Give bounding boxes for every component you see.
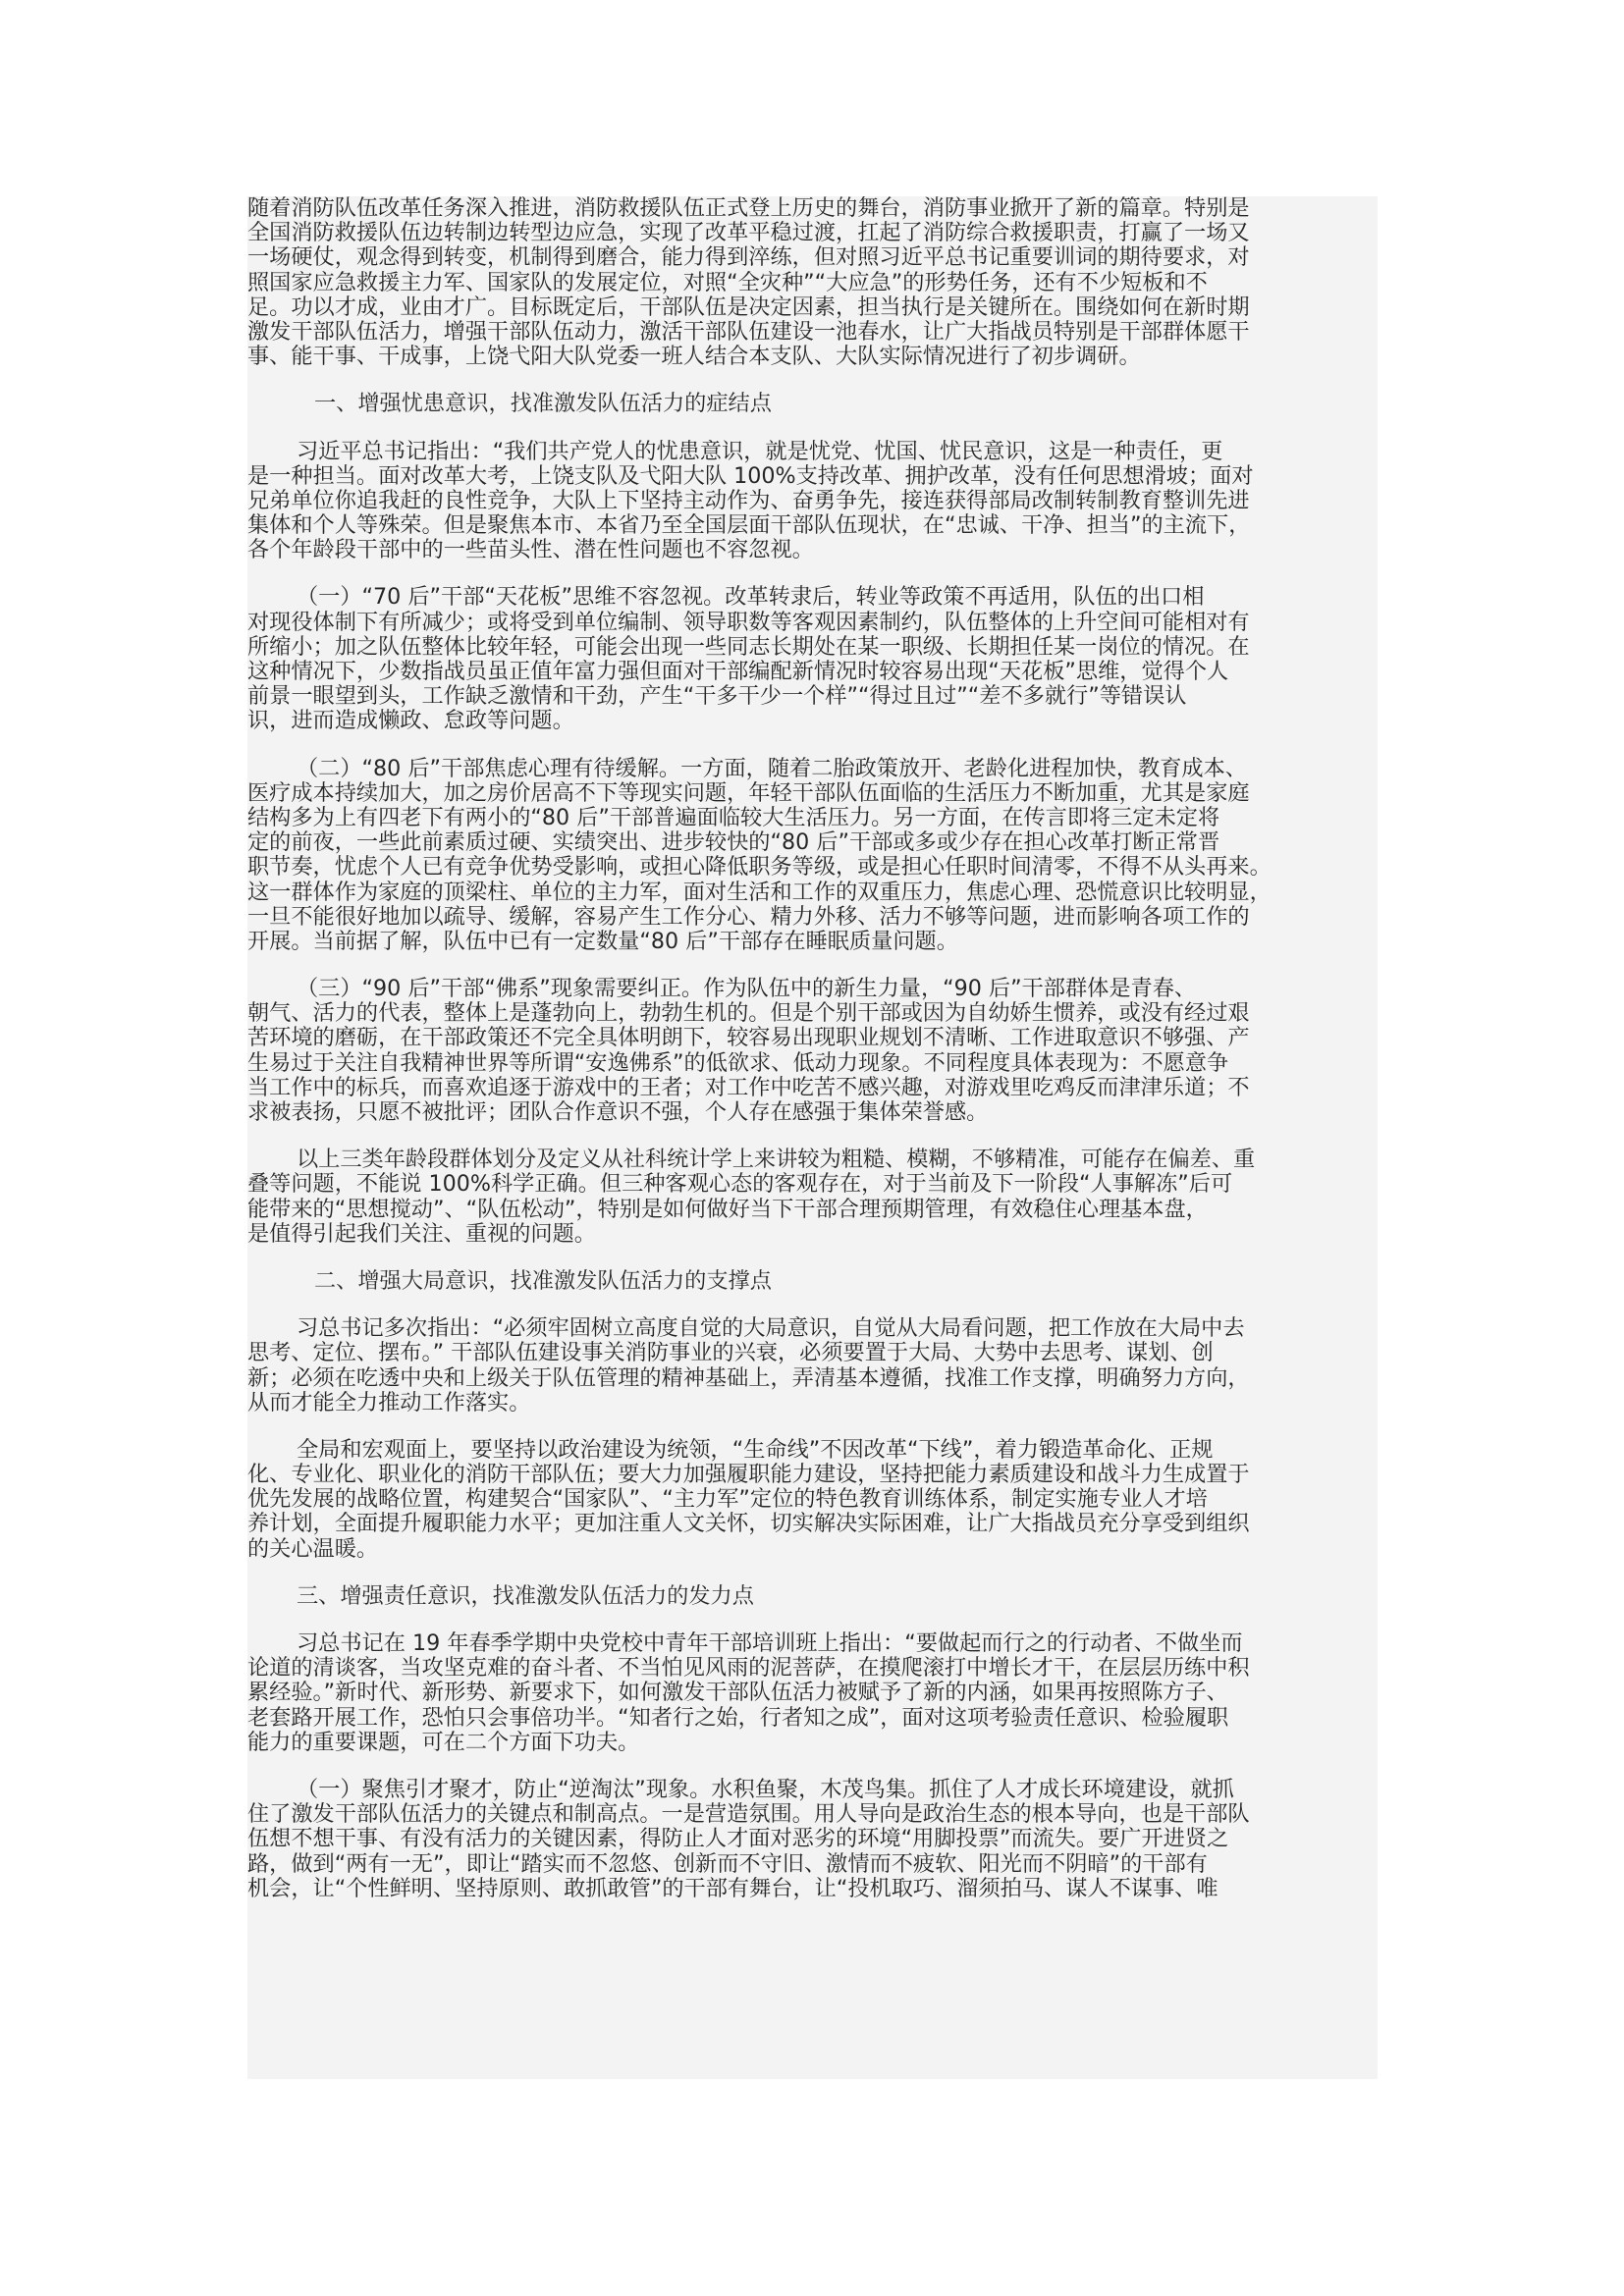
body-paragraph-70s: （一）“70 后”干部“天花板”思维不容忽视。改革转隶后，转业等政策不再适用，队… — [247, 585, 1378, 733]
text-line: 职节奏，忧虑个人已有竞争优势受影响，或担心降低职务等级，或是担心任职时间清零，不… — [247, 855, 1378, 880]
body-paragraph-80s: （二）“80 后”干部焦虑心理有待缓解。一方面，随着二胎政策放开、老龄化进程加快… — [247, 757, 1378, 955]
text-line: 激发干部队伍活力，增强干部队伍动力，激活干部队伍建设一池春水，让广大指战员特别是… — [247, 320, 1378, 345]
text-line: 是一种担当。面对改革大考，上饶支队及弋阳大队 100%支持改革、拥护改革，没有任… — [247, 464, 1378, 489]
text-line: 生易过于关注自我精神世界等所谓“安逸佛系”的低欲求、低动力现象。不同程度具体表现… — [247, 1051, 1378, 1076]
body-paragraph: 以上三类年龄段群体划分及定义从社科统计学上来讲较为粗糙、模糊，不够精准，可能存在… — [247, 1148, 1378, 1247]
text-line: 这种情况下，少数指战员虽正值年富力强但面对干部编配新情况时较容易出现“天花板”思… — [247, 660, 1378, 684]
paragraph-gap — [247, 1609, 1378, 1631]
text-line: 照国家应急救援主力军、国家队的发展定位，对照“全灾种”“大应急”的形势任务，还有… — [247, 271, 1378, 295]
text-line: 习总书记多次指出：“必须牢固树立高度自觉的大局意识，自觉从大局看问题，把工作放在… — [247, 1316, 1378, 1341]
text-line: 朝气、活力的代表，整体上是蓬勃向上，勃勃生机的。但是个别干部或因为自幼娇生惯养，… — [247, 1001, 1378, 1026]
heading-text: 一、增强忧患意识，找准激发队伍活力的症结点 — [247, 392, 1378, 416]
paragraph-gap — [247, 1755, 1378, 1778]
text-line: 一场硬仗，观念得到转变，机制得到磨合，能力得到淬练，但对照习近平总书记重要训词的… — [247, 245, 1378, 270]
text-line: 叠等问题，不能说 100%科学正确。但三种客观心态的客观存在，对于当前及下一阶段… — [247, 1172, 1378, 1197]
text-line: 足。功以才成，业由才广。目标既定后，干部队伍是决定因素，担当执行是关键所在。围绕… — [247, 295, 1378, 320]
text-line: 老套路开展工作，恐怕只会事倍功半。“知者行之始，行者知之成”，面对这项考验责任意… — [247, 1706, 1378, 1731]
text-line: 能力的重要课题，可在二个方面下功夫。 — [247, 1731, 1378, 1755]
text-line: 是值得引起我们关注、重视的问题。 — [247, 1222, 1378, 1247]
text-line: 养计划，全面提升履职能力水平；更加注重人文关怀，切实解决实际困难，让广大指战员充… — [247, 1512, 1378, 1536]
text-line: （一）聚焦引才聚才，防止“逆淘汰”现象。水积鱼聚，木茂鸟集。抓住了人才成长环境建… — [247, 1778, 1378, 1802]
text-line: 所缩小；加之队伍整体比较年轻，可能会出现一些同志长期处在某一职级、长期担任某一岗… — [247, 635, 1378, 660]
text-line: 能带来的“思想搅动”、“队伍松动”，特别是如何做好当下干部合理预期管理，有效稳住… — [247, 1198, 1378, 1222]
text-line: 定的前夜，一些此前素质过硬、实绩突出、进步较快的“80 后”干部或多或少存在担心… — [247, 830, 1378, 855]
text-line: 识，进而造成懒政、怠政等问题。 — [247, 709, 1378, 733]
text-line: 从而才能全力推动工作落实。 — [247, 1391, 1378, 1415]
paragraph-gap — [247, 1294, 1378, 1316]
text-line: 的关心温暖。 — [247, 1537, 1378, 1562]
paragraph-gap — [247, 562, 1378, 585]
section-heading-2: 二、增强大局意识，找准激发队伍活力的支撑点 — [247, 1269, 1378, 1294]
paragraph-gap — [247, 1125, 1378, 1148]
text-line: （一）“70 后”干部“天花板”思维不容忽视。改革转隶后，转业等政策不再适用，队… — [247, 585, 1378, 610]
text-line: 事、能干事、干成事，上饶弋阳大队党委一班人结合本支队、大队实际情况进行了初步调研… — [247, 345, 1378, 369]
text-line: 机会，让“个性鲜明、坚持原则、敢抓敢管”的干部有舞台，让“投机取巧、溜须拍马、谋… — [247, 1877, 1378, 1901]
text-line: 化、专业化、职业化的消防干部队伍；要大力加强履职能力建设，坚持把能力素质建设和战… — [247, 1463, 1378, 1487]
intro-paragraph: 随着消防队伍改革任务深入推进，消防救援队伍正式登上历史的舞台，消防事业掀开了新的… — [247, 196, 1378, 369]
text-line: 思考、定位、摆布。” 干部队伍建设事关消防事业的兴衰，必须要置于大局、大势中去思… — [247, 1341, 1378, 1365]
text-line: 苦环境的磨砺，在干部政策还不完全具体明朗下，较容易出现职业规划不清晰、工作进取意… — [247, 1026, 1378, 1050]
text-line: （三）“90 后”干部“佛系”现象需要纠正。作为队伍中的新生力量，“90 后”干… — [247, 977, 1378, 1001]
text-line: 对现役体制下有所减少；或将受到单位编制、领导职数等客观因素制约，队伍整体的上升空… — [247, 611, 1378, 635]
text-line: 新；必须在吃透中央和上级关于队伍管理的精神基础上，弄清基本遵循，找准工作支撑，明… — [247, 1366, 1378, 1391]
text-line: 伍想不想干事、有没有活力的关键因素，得防止人才面对恶劣的环境“用脚投票”而流失。… — [247, 1827, 1378, 1851]
text-line: 住了激发干部队伍活力的关键点和制高点。一是营造氛围。用人导向是政治生态的根本导向… — [247, 1802, 1378, 1827]
text-line: 优先发展的战略位置，构建契合“国家队”、“主力军”定位的特色教育训练体系，制定实… — [247, 1487, 1378, 1512]
body-paragraph-90s: （三）“90 后”干部“佛系”现象需要纠正。作为队伍中的新生力量，“90 后”干… — [247, 977, 1378, 1125]
text-line: 随着消防队伍改革任务深入推进，消防救援队伍正式登上历史的舞台，消防事业掀开了新的… — [247, 196, 1378, 221]
document-page: 随着消防队伍改革任务深入推进，消防救援队伍正式登上历史的舞台，消防事业掀开了新的… — [247, 196, 1378, 2079]
heading-text: 二、增强大局意识，找准激发队伍活力的支撑点 — [247, 1269, 1378, 1294]
text-line: 求被表扬，只愿不被批评；团队合作意识不强，个人存在感强于集体荣誉感。 — [247, 1100, 1378, 1125]
text-line: 全局和宏观面上，要坚持以政治建设为统领，“生命线”不因改革“下线”，着力锻造革命… — [247, 1438, 1378, 1463]
heading-text: 三、增强责任意识，找准激发队伍活力的发力点 — [247, 1584, 1378, 1609]
text-line: 论道的清谈客，当攻坚克难的奋斗者、不当怕见风雨的泥菩萨，在摸爬滚打中增长才干，在… — [247, 1656, 1378, 1681]
text-line: 开展。当前据了解，队伍中已有一定数量“80 后”干部存在睡眠质量问题。 — [247, 930, 1378, 954]
body-paragraph: 习总书记多次指出：“必须牢固树立高度自觉的大局意识，自觉从大局看问题，把工作放在… — [247, 1316, 1378, 1415]
text-line: （二）“80 后”干部焦虑心理有待缓解。一方面，随着二胎政策放开、老龄化进程加快… — [247, 757, 1378, 781]
paragraph-gap — [247, 1562, 1378, 1584]
text-line: 路，做到“两有一无”，即让“踏实而不忽悠、创新而不守旧、激情而不疲软、阳光而不阴… — [247, 1852, 1378, 1877]
text-line: 习总书记在 19 年春季学期中央党校中青年干部培训班上指出：“要做起而行之的行动… — [247, 1631, 1378, 1656]
paragraph-gap — [247, 1415, 1378, 1438]
text-line: 这一群体作为家庭的顶梁柱、单位的主力军，面对生活和工作的双重压力，焦虑心理、恐慌… — [247, 881, 1378, 905]
paragraph-gap — [247, 734, 1378, 757]
body-paragraph: （一）聚焦引才聚才，防止“逆淘汰”现象。水积鱼聚，木茂鸟集。抓住了人才成长环境建… — [247, 1778, 1378, 1901]
text-line: 以上三类年龄段群体划分及定义从社科统计学上来讲较为粗糙、模糊，不够精准，可能存在… — [247, 1148, 1378, 1172]
paragraph-gap — [247, 1247, 1378, 1269]
text-line: 兄弟单位你追我赶的良性竞争，大队上下坚持主动作为、奋勇争先，接连获得部局改制转制… — [247, 489, 1378, 513]
text-line: 全国消防救援队伍边转制边转型边应急，实现了改革平稳过渡，扛起了消防综合救援职责，… — [247, 221, 1378, 245]
body-paragraph: 全局和宏观面上，要坚持以政治建设为统领，“生命线”不因改革“下线”，着力锻造革命… — [247, 1438, 1378, 1562]
text-line: 集体和个人等殊荣。但是聚焦本市、本省乃至全国层面干部队伍现状，在“忠诚、干净、担… — [247, 513, 1378, 538]
text-line: 结构多为上有四老下有两小的“80 后”干部普遍面临较大生活压力。另一方面，在传言… — [247, 806, 1378, 830]
text-line: 前景一眼望到头，工作缺乏激情和干劲，产生“干多干少一个样”“得过且过”“差不多就… — [247, 684, 1378, 709]
text-line: 习近平总书记指出：“我们共产党人的忧患意识，就是忧党、忧国、忧民意识，这是一种责… — [247, 440, 1378, 464]
body-paragraph: 习总书记在 19 年春季学期中央党校中青年干部培训班上指出：“要做起而行之的行动… — [247, 1631, 1378, 1755]
text-line: 累经验。”新时代、新形势、新要求下，如何激发干部队伍活力被赋予了新的内涵，如果再… — [247, 1681, 1378, 1705]
text-line: 当工作中的标兵，而喜欢追逐于游戏中的王者；对工作中吃苦不感兴趣，对游戏里吃鸡反而… — [247, 1076, 1378, 1100]
paragraph-gap — [247, 954, 1378, 977]
section-heading-3: 三、增强责任意识，找准激发队伍活力的发力点 — [247, 1584, 1378, 1609]
text-line: 一旦不能很好地加以疏导、缓解，容易产生工作分心、精力外移、活力不够等问题，进而影… — [247, 905, 1378, 930]
section-heading-1: 一、增强忧患意识，找准激发队伍活力的症结点 — [247, 392, 1378, 416]
body-paragraph: 习近平总书记指出：“我们共产党人的忧患意识，就是忧党、忧国、忧民意识，这是一种责… — [247, 440, 1378, 563]
text-line: 医疗成本持续加大，加之房价居高不下等现实问题，年轻干部队伍面临的生活压力不断加重… — [247, 781, 1378, 806]
text-line: 各个年龄段干部中的一些苗头性、潜在性问题也不容忽视。 — [247, 538, 1378, 562]
paragraph-gap — [247, 417, 1378, 440]
paragraph-gap — [247, 369, 1378, 392]
